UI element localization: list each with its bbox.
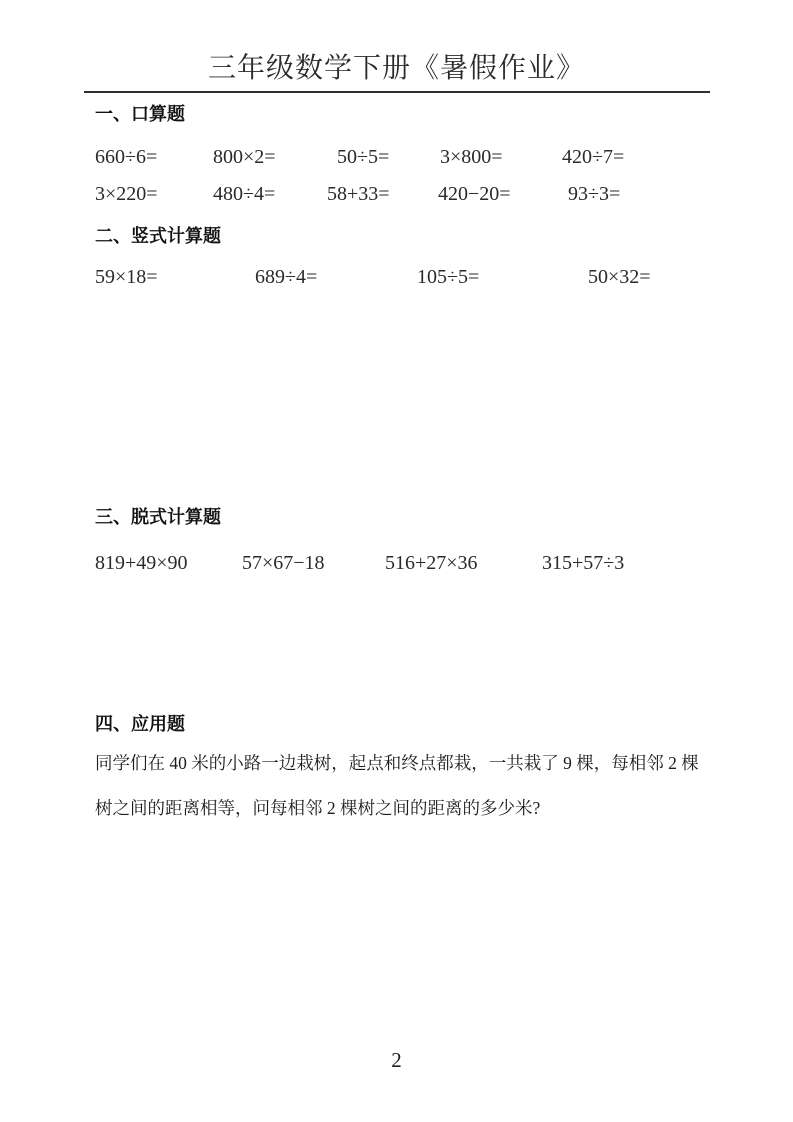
section-2-heading: 二、竖式计算题 — [95, 224, 221, 248]
section-3-heading: 三、脱式计算题 — [95, 505, 221, 529]
stepwise-problem-4: 315+57÷3 — [542, 551, 708, 576]
oral-problem-6: 3×220= — [95, 182, 213, 207]
title-divider — [84, 91, 710, 93]
section-4-heading: 四、应用题 — [95, 712, 185, 736]
word-problem-line-1: 同学们在 40 米的小路一边栽树，起点和终点都栽，一共栽了 9 棵，每相邻 2 … — [95, 751, 710, 776]
oral-problem-5: 420÷7= — [562, 145, 708, 170]
oral-problem-7: 480÷4= — [213, 182, 327, 207]
oral-problem-8: 58+33= — [327, 182, 438, 207]
vertical-problems-row: 59×18= 689÷4= 105÷5= 50×32= — [95, 265, 708, 290]
page-title: 三年级数学下册《暑假作业》 — [0, 50, 793, 88]
oral-problem-2: 800×2= — [213, 145, 337, 170]
oral-problem-9: 420−20= — [438, 182, 568, 207]
vertical-problem-3: 105÷5= — [417, 265, 588, 290]
vertical-problem-4: 50×32= — [588, 265, 708, 290]
word-problem-line-2: 树之间的距离相等，问每相邻 2 棵树之间的距离的多少米? — [95, 796, 710, 821]
oral-problem-10: 93÷3= — [568, 182, 708, 207]
page-number: 2 — [0, 1048, 793, 1073]
oral-problems-row-1: 660÷6= 800×2= 50÷5= 3×800= 420÷7= — [95, 145, 708, 170]
section-1-heading: 一、口算题 — [95, 102, 185, 126]
oral-problems-row-2: 3×220= 480÷4= 58+33= 420−20= 93÷3= — [95, 182, 708, 207]
stepwise-problem-1: 819+49×90 — [95, 551, 242, 576]
vertical-problem-1: 59×18= — [95, 265, 255, 290]
vertical-problem-2: 689÷4= — [255, 265, 417, 290]
oral-problem-4: 3×800= — [440, 145, 562, 170]
oral-problem-1: 660÷6= — [95, 145, 213, 170]
stepwise-problem-2: 57×67−18 — [242, 551, 385, 576]
stepwise-problem-3: 516+27×36 — [385, 551, 542, 576]
oral-problem-3: 50÷5= — [337, 145, 440, 170]
worksheet-page: 三年级数学下册《暑假作业》 一、口算题 660÷6= 800×2= 50÷5= … — [0, 0, 793, 1122]
stepwise-problems-row: 819+49×90 57×67−18 516+27×36 315+57÷3 — [95, 551, 708, 576]
